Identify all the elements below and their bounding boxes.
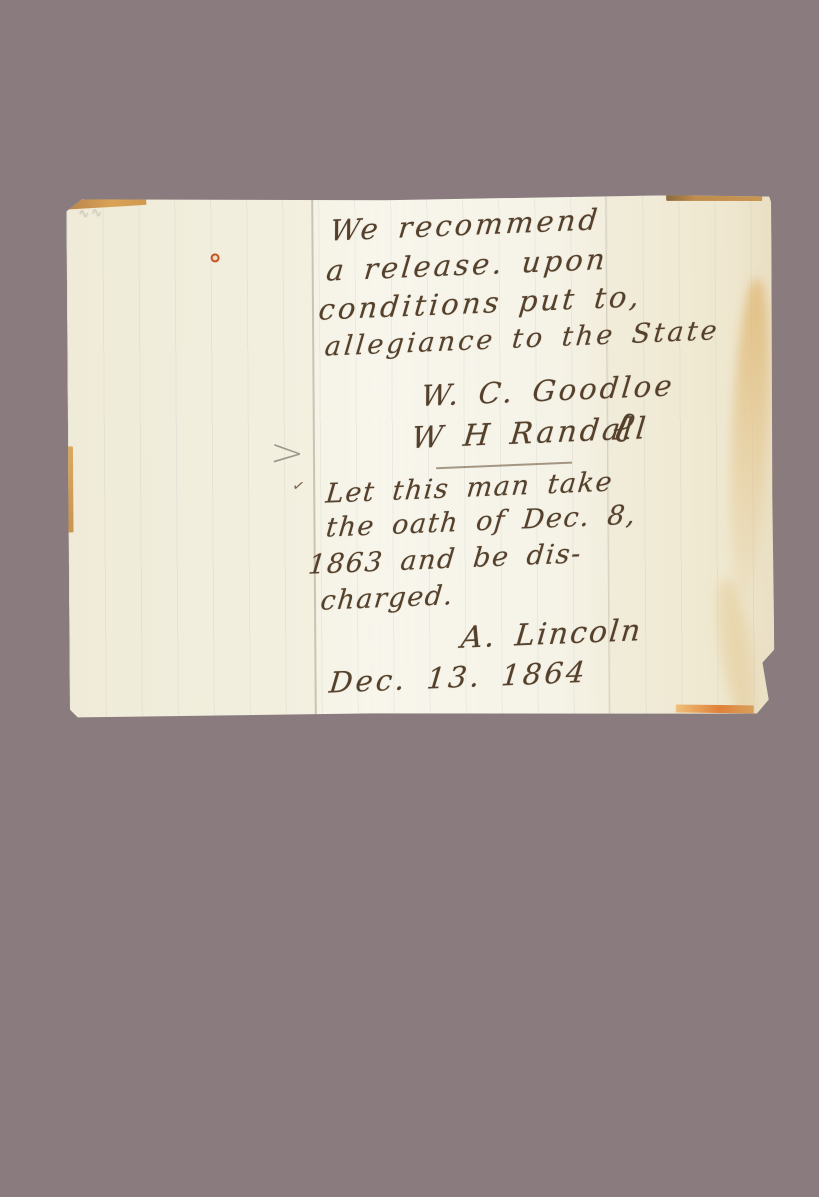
tape-fragment-left-edge: [67, 446, 74, 532]
endorsement-line: charged.: [319, 580, 455, 617]
tape-fragment-top-right: [666, 193, 762, 201]
lincoln-signature: A. Lincoln: [459, 613, 644, 656]
pencil-chevron-mark: >: [269, 435, 305, 474]
tape-fragment-bottom-right: [676, 705, 754, 714]
red-ink-dot: [211, 253, 220, 262]
manuscript-document: ∿∿ We recommend a release. upon conditio…: [66, 195, 775, 719]
check-mark: ✓: [291, 478, 306, 495]
paper-stain: [725, 278, 775, 599]
photo-background: ∿∿ We recommend a release. upon conditio…: [0, 0, 819, 1197]
